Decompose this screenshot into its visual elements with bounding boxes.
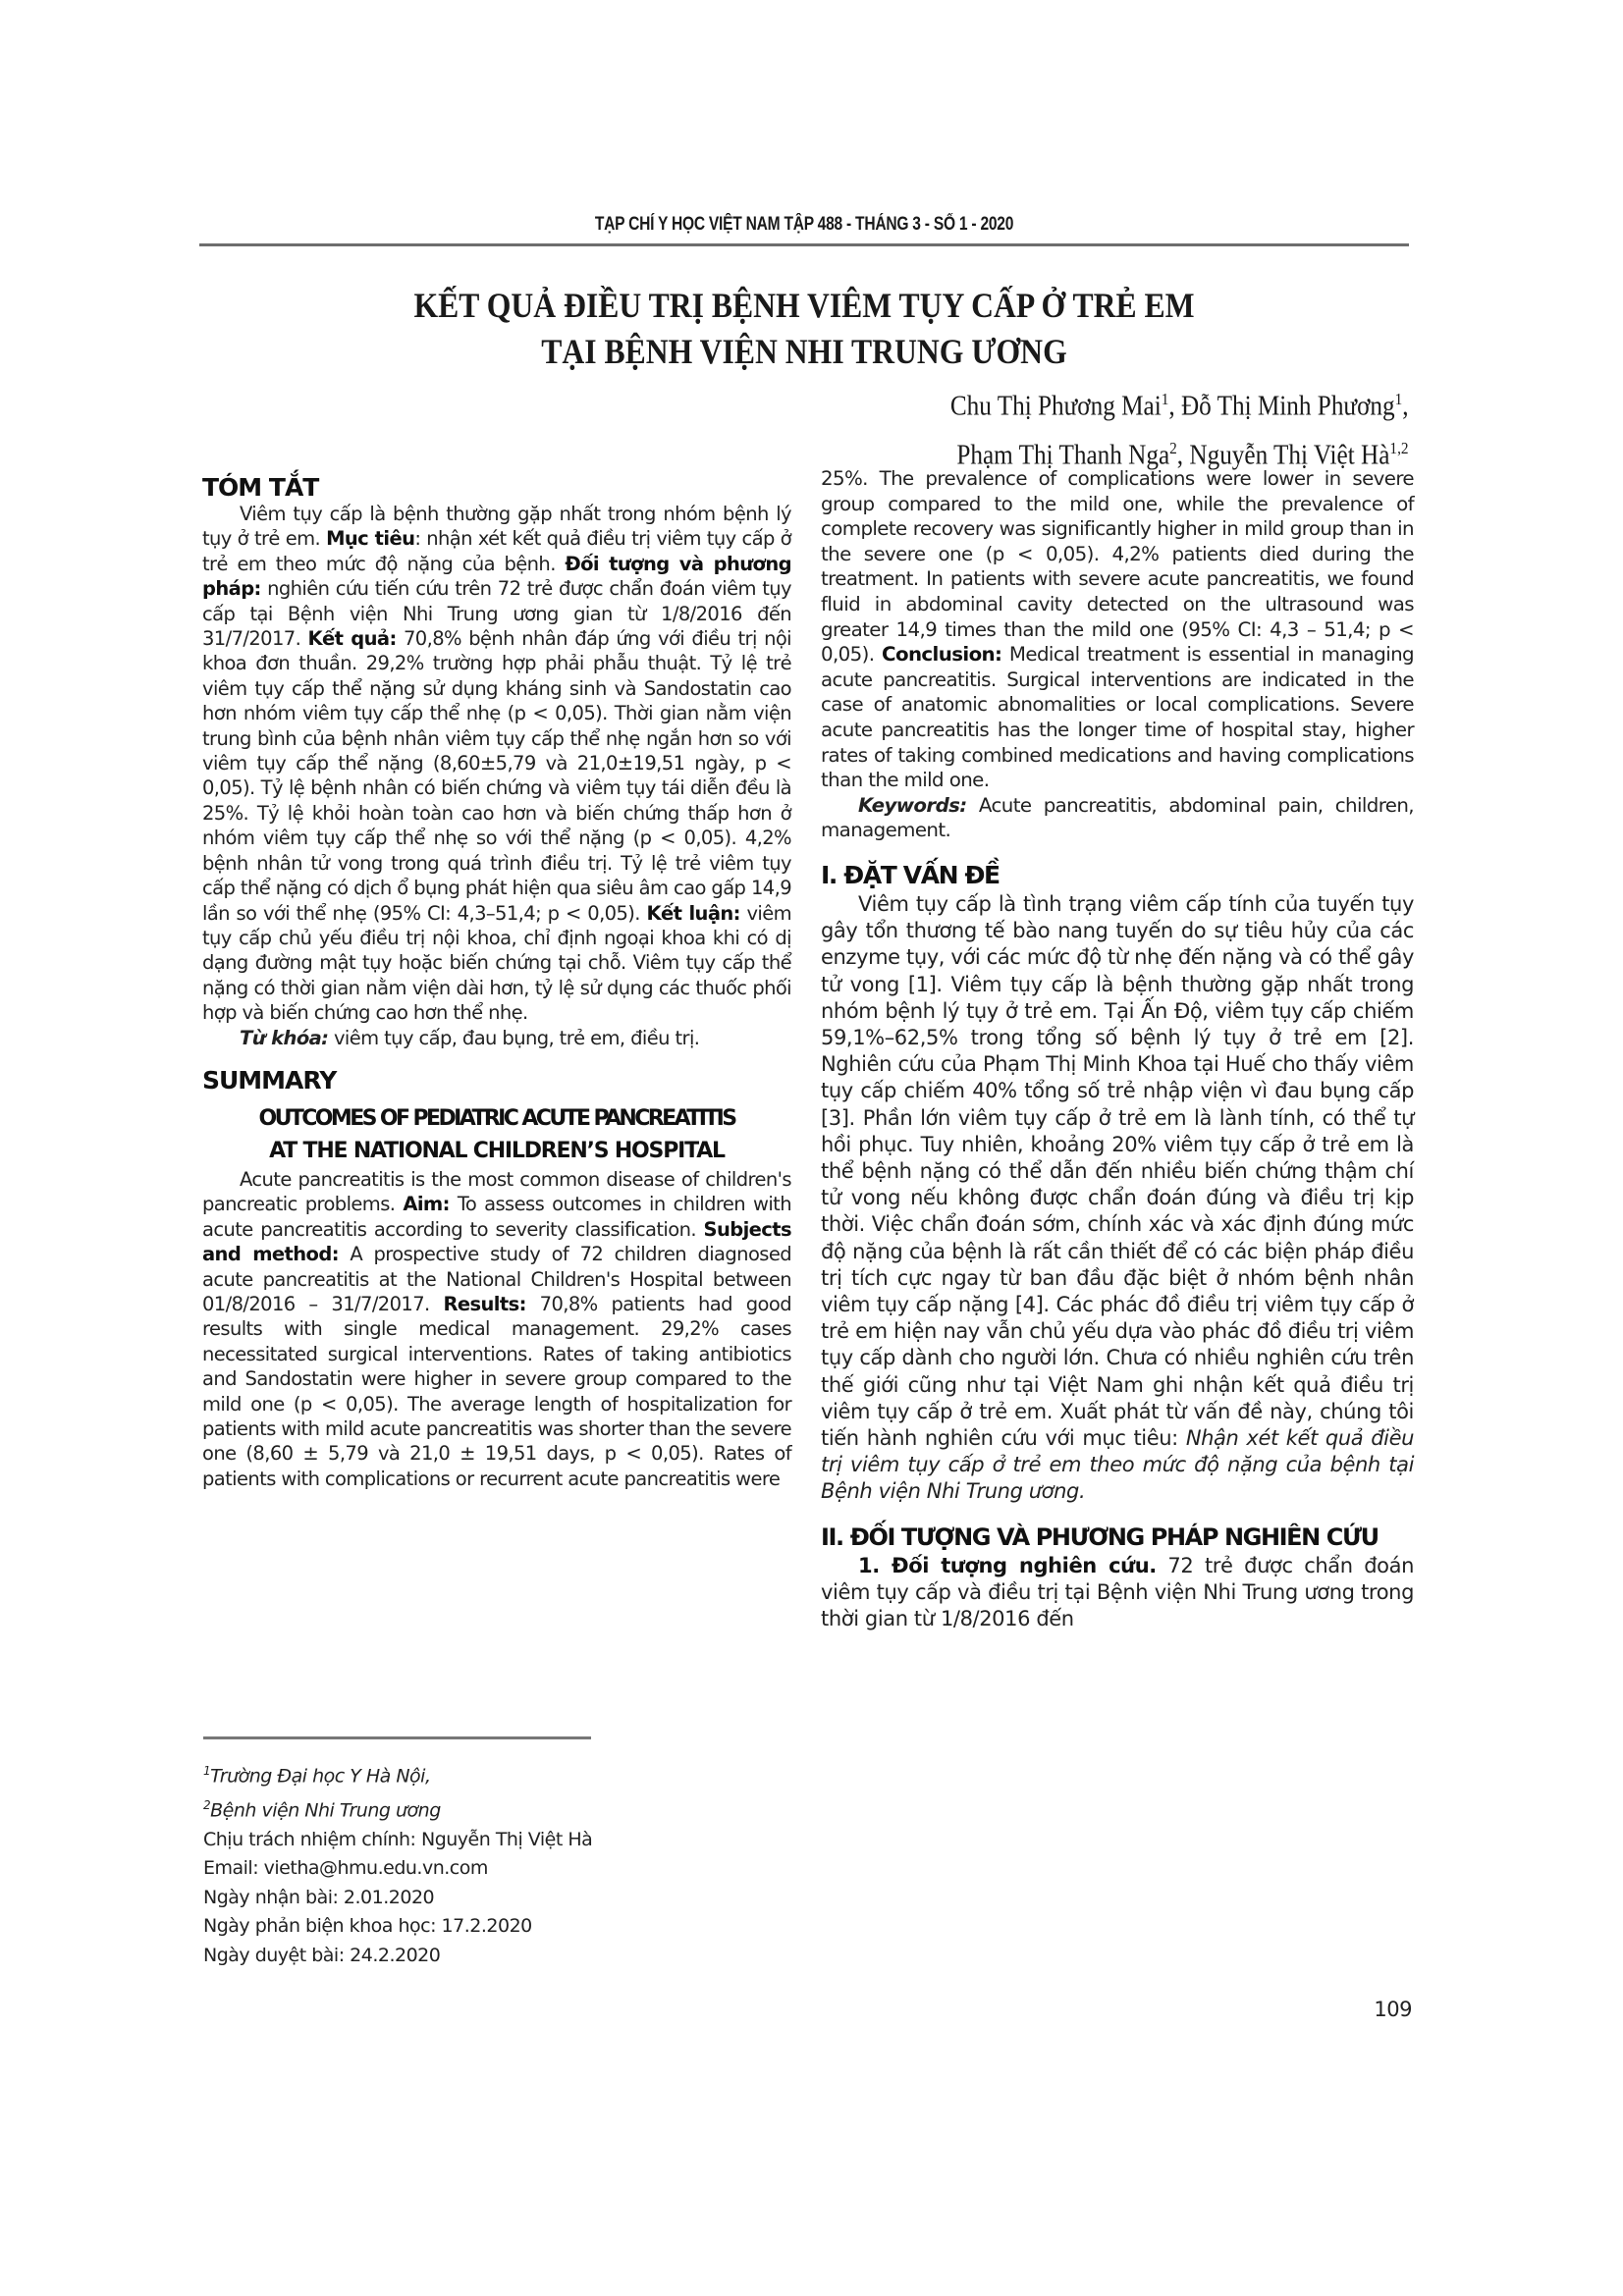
running-head: TẠP CHÍ Y HỌC VIỆT NAM TẬP 488 - THÁNG 3… [308,214,1300,236]
section-1-heading: I. ĐẶT VẤN ĐỀ [821,861,1414,889]
keywords-en-label: Keywords: [858,794,967,817]
author-2: Đỗ Thị Minh Phương [1181,391,1395,421]
authors-line-1: Chu Thị Phương Mai1, Đỗ Thị Minh Phương1… [950,378,1409,427]
abstract-vi-body: Viêm tụy cấp là bệnh thường gặp nhất tro… [202,502,791,1026]
author-4-affiliation: 1,2 [1390,439,1409,457]
date-reviewed: Ngày phản biện khoa học: 17.2.2020 [203,1912,792,1942]
abstract-en-body-part2: 25%. The prevalence of complications wer… [821,466,1414,793]
abstract-en-aim-label: Aim: [403,1193,450,1215]
date-accepted: Ngày duyệt bài: 24.2.2020 [203,1942,792,1971]
abstract-en-heading: SUMMARY [202,1066,791,1095]
left-column: TÓM TẮT Viêm tụy cấp là bệnh thường gặp … [202,473,791,1491]
author-2-affiliation: 1 [1395,390,1403,408]
title-line-2: TẠI BỆNH VIỆN NHI TRUNG ƯƠNG [272,329,1336,375]
right-column: 25%. The prevalence of complications wer… [821,466,1414,1632]
affiliation-2-text: Bệnh viện Nhi Trung ương [210,1799,441,1821]
corresponding-author: Chịu trách nhiệm chính: Nguyễn Thị Việt … [203,1826,792,1855]
journal-page: TẠP CHÍ Y HỌC VIỆT NAM TẬP 488 - THÁNG 3… [0,0,1623,2296]
keywords-vi-label: Từ khóa: [240,1027,328,1049]
abstract-en-conclusion-label: Conclusion: [882,643,1001,666]
page-number: 109 [1374,1998,1412,2021]
abstract-vi-heading: TÓM TẮT [202,473,791,502]
english-title-line-2: AT THE NATIONAL CHILDREN’S HOSPITAL [202,1135,791,1167]
header-rule [199,243,1409,246]
abstract-vi-keywords: Từ khóa: viêm tụy cấp, đau bụng, trẻ em,… [202,1026,791,1050]
abstract-en-body-part1: Acute pancreatitis is the most common di… [202,1167,791,1491]
section-2-subheading-1: 1. Đối tượng nghiên cứu. [858,1554,1157,1577]
author-1: Chu Thị Phương Mai [950,391,1162,421]
email: Email: vietha@hmu.edu.vn.com [203,1854,792,1884]
abstract-vi-objective-label: Mục tiêu [326,527,414,550]
abstract-en-results-part1: 70,8% patients had good results with sin… [202,1293,791,1490]
abstract-vi-results-label: Kết quả: [308,627,397,650]
footnote-rule [203,1736,591,1739]
abstract-en-keywords: Keywords: Acute pancreatitis, abdominal … [821,793,1414,843]
affiliation-2: 2Bệnh viện Nhi Trung ương [203,1791,792,1826]
section-2-body: 1. Đối tượng nghiên cứu. 72 trẻ được chẩ… [821,1553,1414,1633]
author-1-affiliation: 1 [1162,390,1169,408]
article-title: KẾT QUẢ ĐIỀU TRỊ BỆNH VIÊM TỤY CẤP Ở TRẺ… [272,283,1336,375]
english-title: OUTCOMES OF PEDIATRIC ACUTE PANCREATITIS… [202,1102,791,1167]
section-1-body: Viêm tụy cấp là tình trạng viêm cấp tính… [821,891,1414,1506]
affiliation-1: 1Trường Đại học Y Hà Nội, [203,1757,792,1791]
keywords-vi: viêm tụy cấp, đau bụng, trẻ em, điều trị… [328,1027,699,1049]
author-3-affiliation: 2 [1170,439,1178,457]
section-1-text: Viêm tụy cấp là tình trạng viêm cấp tính… [821,892,1414,1450]
title-line-1: KẾT QUẢ ĐIỀU TRỊ BỆNH VIÊM TỤY CẤP Ở TRẺ… [272,283,1336,329]
abstract-en-results-part2: 25%. The prevalence of complications wer… [821,467,1414,666]
english-title-line-1: OUTCOMES OF PEDIATRIC ACUTE PANCREATITIS [202,1102,791,1135]
date-received: Ngày nhận bài: 2.01.2020 [203,1884,792,1913]
abstract-vi-results: 70,8% bệnh nhân đáp ứng với điều trị nội… [202,627,791,924]
abstract-en-results-label: Results: [443,1293,525,1315]
section-2-heading: II. ĐỐI TƯỢNG VÀ PHƯƠNG PHÁP NGHIÊN CỨU [821,1523,1414,1551]
author-list: Chu Thị Phương Mai1, Đỗ Thị Minh Phương1… [950,378,1409,477]
abstract-vi-conclusion-label: Kết luận: [646,902,739,925]
footnotes: 1Trường Đại học Y Hà Nội, 2Bệnh viện Nhi… [203,1757,792,1970]
affiliation-1-text: Trường Đại học Y Hà Nội, [210,1765,430,1787]
